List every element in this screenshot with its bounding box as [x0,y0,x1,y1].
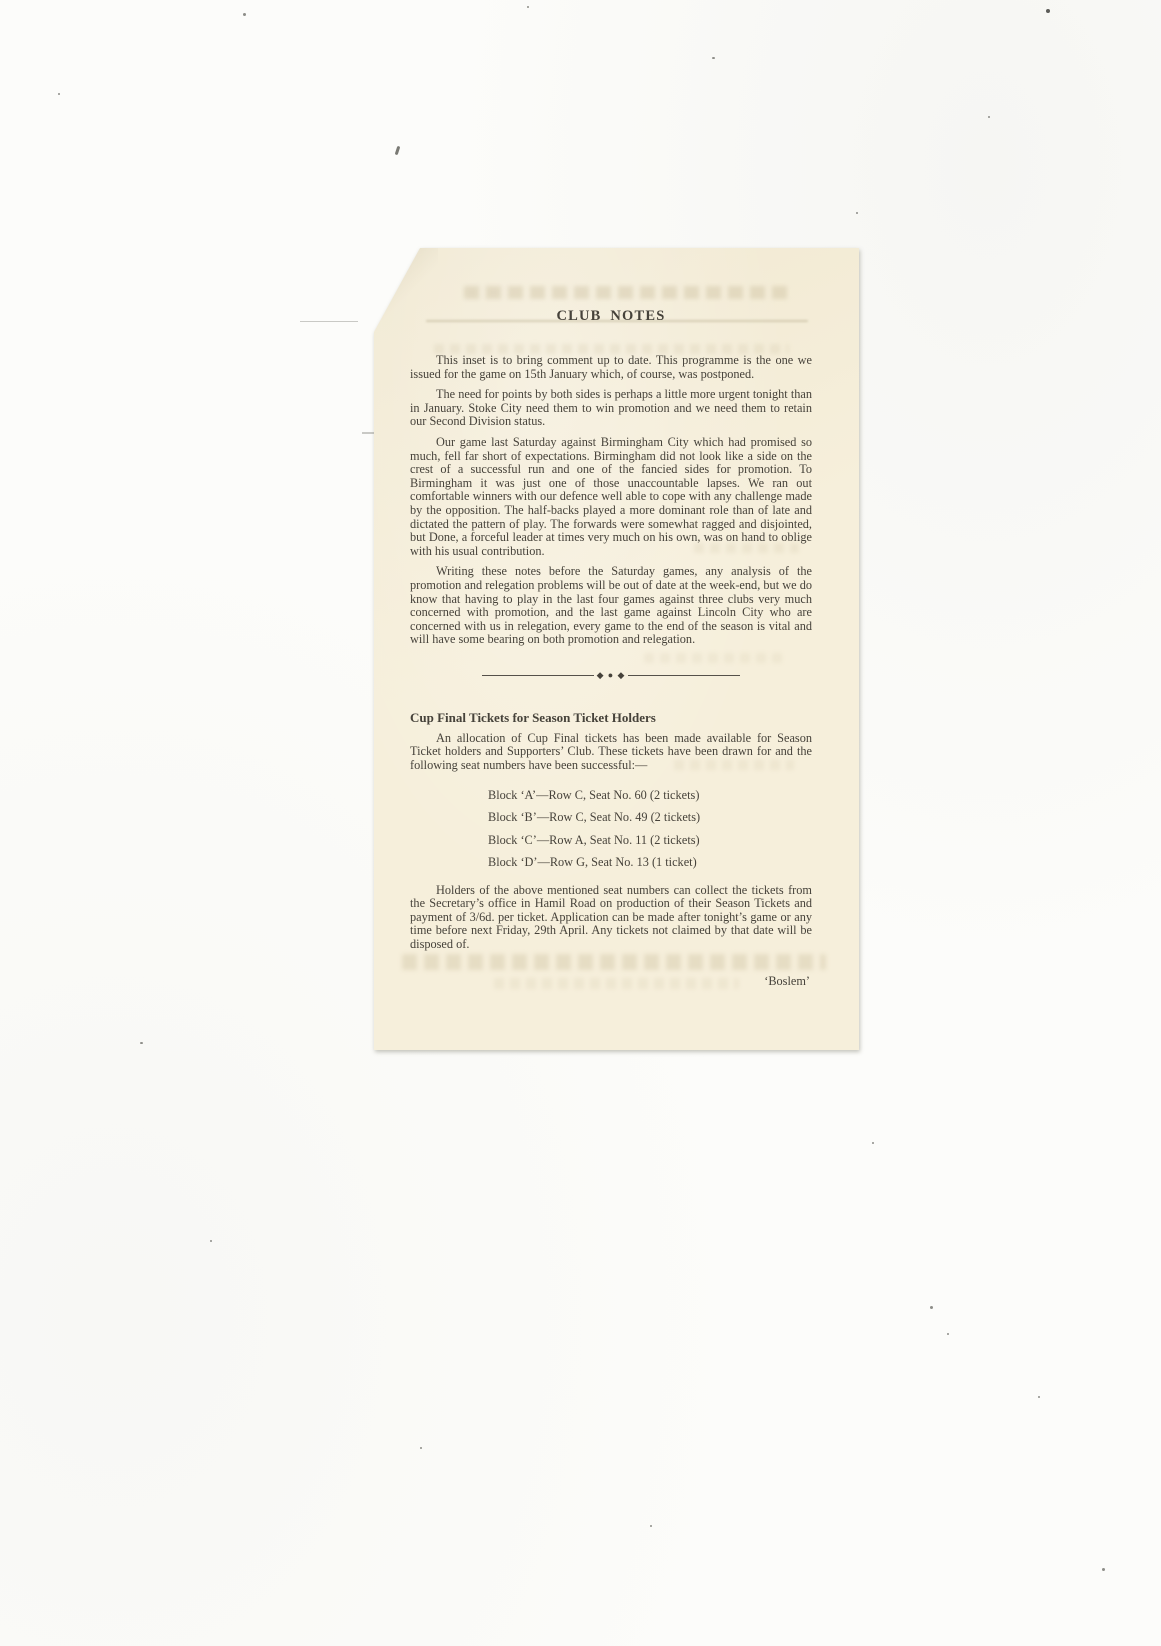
dust-speck [947,1333,949,1335]
ticket-allocation-item: Block ‘B’—Row C, Seat No. 49 (2 tickets) [488,806,812,829]
dust-speck [650,1525,652,1527]
collection-instructions: Holders of the above mentioned seat numb… [410,884,812,952]
dust-speck [856,212,858,214]
dust-speck [527,6,529,8]
divider-ornament-icon: ◆ ● ◆ [594,671,629,680]
dust-speck [140,1042,143,1044]
signature: ‘Boslem’ [410,974,810,989]
section-divider: ◆ ● ◆ [482,671,740,680]
dust-speck [712,57,715,59]
club-notes-paragraph: This inset is to bring comment up to dat… [410,354,812,381]
ticket-allocation-item: Block ‘C’—Row A, Seat No. 11 (2 tickets) [488,829,812,852]
ticket-allocation-item: Block ‘D’—Row G, Seat No. 13 (1 ticket) [488,851,812,874]
dust-speck [58,93,60,95]
dust-speck [1046,9,1050,13]
scratch-mark [300,321,358,322]
cup-final-heading: Cup Final Tickets for Season Ticket Hold… [410,710,812,726]
dust-speck [930,1306,933,1309]
dust-speck [872,1142,874,1144]
cup-final-intro: An allocation of Cup Final tickets has b… [410,732,812,773]
divider-line [628,675,740,676]
dust-speck [395,146,401,155]
paper-wrapper: CLUB NOTES This inset is to bring commen… [374,248,859,1050]
club-notes-paragraph: The need for points by both sides is per… [410,388,812,429]
ticket-allocation-item: Block ‘A’—Row C, Seat No. 60 (2 tickets) [488,784,812,807]
dust-speck [1102,1568,1105,1571]
divider-line [482,675,594,676]
page-title: CLUB NOTES [410,308,812,325]
dust-speck [420,1447,422,1449]
ticket-allocation-list: Block ‘A’—Row C, Seat No. 60 (2 tickets)… [488,784,812,874]
dust-speck [243,13,246,16]
club-notes-paragraph: Our game last Saturday against Birmingha… [410,436,812,558]
dust-speck [210,1240,212,1242]
document-page: CLUB NOTES This inset is to bring commen… [374,248,859,1050]
club-notes-paragraph: Writing these notes before the Saturday … [410,565,812,647]
dust-speck [988,116,990,118]
text-column: CLUB NOTES This inset is to bring commen… [410,248,812,989]
dust-speck [1038,1396,1040,1398]
scratch-mark [362,432,374,434]
